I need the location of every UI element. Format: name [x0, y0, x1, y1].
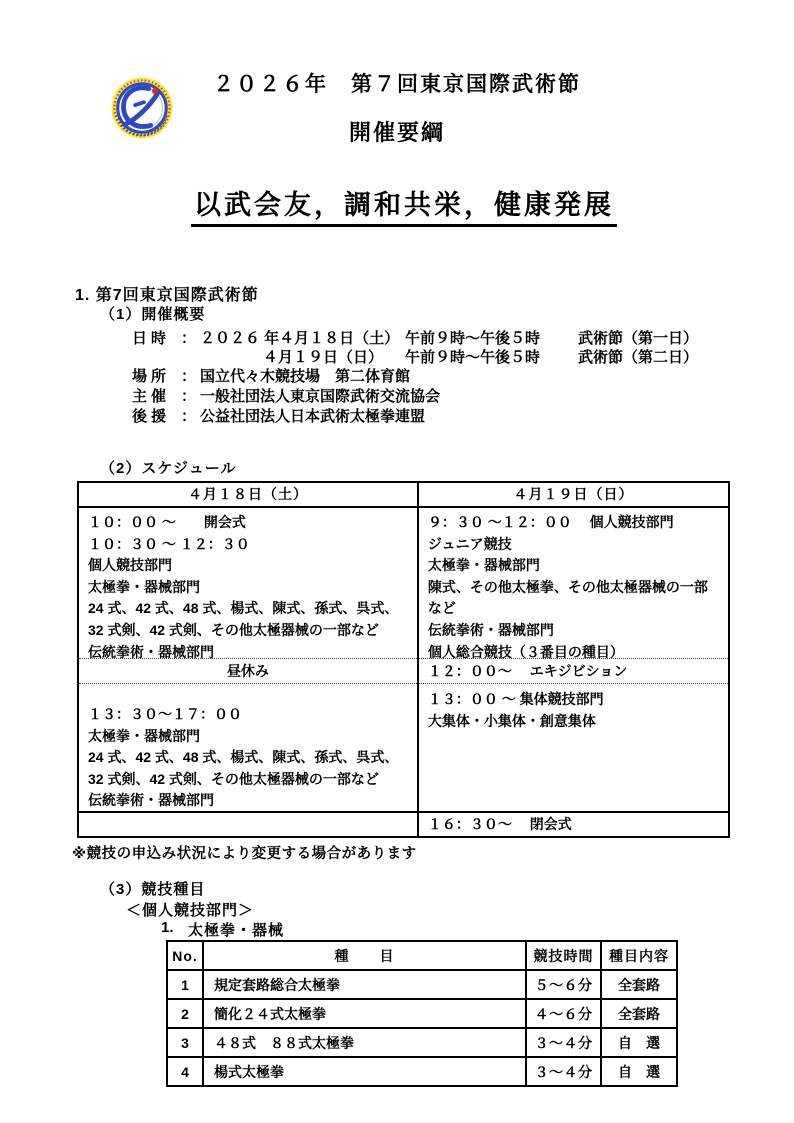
organizer-label: 主催 — [132, 385, 170, 406]
row-time: ３～４分 — [526, 1057, 601, 1086]
row-name: ４８式 ８８式太極拳 — [203, 1028, 526, 1057]
day1-header: ４月１８日（土） — [79, 483, 417, 508]
day2-morning-cell: ９：３０ ～１２：００ 個人競技部門 ジュニア競技 太極拳・器械部門 陳式、その… — [419, 508, 728, 658]
events-item-title: 太極拳・器械 — [188, 919, 284, 940]
page-title: ２０２６年 第７回東京国際武術節 — [0, 68, 794, 98]
col-header-content: 種目内容 — [601, 941, 677, 970]
support-value: 公益社団法人日本武術太極拳連盟 — [200, 405, 425, 426]
day2-afternoon-cell: １３：００ ～ 集体競技部門 大集体・小集体・創意集体 — [419, 684, 728, 811]
datetime-colon: ： — [181, 327, 196, 348]
day1-morning-line: 個人競技部門 — [88, 555, 412, 577]
row-time: ３～４分 — [526, 1028, 601, 1057]
datetime-time-day2: 午前９時～午後５時 — [405, 346, 540, 367]
row-no: 4 — [167, 1057, 203, 1086]
day1-afternoon-line: １３：３０～１７：００ — [88, 704, 412, 726]
datetime-time-day1: 午前９時～午後５時 — [405, 327, 540, 348]
col-header-no: No. — [167, 941, 203, 970]
place-value: 国立代々木競技場 第二体育館 — [200, 365, 410, 386]
row-no: 3 — [167, 1028, 203, 1057]
day2-afternoon-line: １３：００ ～ 集体競技部門 — [428, 689, 723, 711]
row-content: 自 選 — [601, 1028, 677, 1057]
table-row: 4 楊式太極拳 ３～４分 自 選 — [167, 1057, 677, 1086]
row-no: 2 — [167, 999, 203, 1028]
day2-closing-cell: １６：３０～ 閉会式 — [419, 811, 728, 836]
day1-morning-line: 32 式剣、42 式剣、その他太極器械の一部など — [88, 620, 412, 642]
section1-heading: 1. 第7回東京国際武術節 — [75, 282, 259, 305]
day2-morning-line: ジュニア競技 — [428, 534, 723, 556]
table-row: 2 簡化２４式太極拳 ４～６分 全套路 — [167, 999, 677, 1028]
events-heading: （3）競技種目 — [100, 878, 205, 899]
table-row: 1 規定套路総合太極拳 ５～６分 全套路 — [167, 970, 677, 999]
day1-afternoon-line: 32 式剣、42 式剣、その他太極器械の一部など — [88, 769, 412, 791]
day1-evening-cell — [79, 811, 417, 836]
col-header-event: 種 目 — [203, 941, 526, 970]
day2-header: ４月１９日（日） — [419, 483, 728, 508]
col-header-time: 競技時間 — [526, 941, 601, 970]
logo-calligraphy-tick — [135, 102, 144, 105]
day1-morning-line: 24 式、42 式、48 式、楊式、陳式、孫式、呉式、 — [88, 598, 412, 620]
day1-morning-line: １０：３０ ～ １２：３０ — [88, 534, 412, 556]
datetime-label: 日時 — [132, 327, 170, 348]
day1-morning-line: １０：００ ～ 開会式 — [88, 512, 412, 534]
day2-morning-line: 太極拳・器械部門 — [428, 555, 723, 577]
day2-morning-line: など — [428, 598, 723, 620]
slogan-text: 以武会友，調和共栄，健康発展 — [191, 183, 617, 227]
schedule-column-day1: ４月１８日（土） １０：００ ～ 開会式 １０：３０ ～ １２：３０ 個人競技部… — [79, 483, 419, 836]
day2-morning-line: 伝統拳術・器械部門 — [428, 620, 723, 642]
day1-afternoon-line: 太極拳・器械部門 — [88, 726, 412, 748]
schedule-note: ※競技の申込み状況により変更する場合があります — [72, 842, 417, 863]
support-colon: ： — [181, 405, 196, 426]
row-content: 全套路 — [601, 999, 677, 1028]
events-item-number: 1. — [161, 919, 174, 936]
day2-exhibition-cell: １２：００～ エキジビション — [419, 658, 728, 684]
row-name: 簡化２４式太極拳 — [203, 999, 526, 1028]
row-content: 自 選 — [601, 1057, 677, 1086]
row-no: 1 — [167, 970, 203, 999]
datetime-fest-day2: 武術節（第二日） — [578, 346, 698, 367]
day2-morning-line: ９：３０ ～１２：００ 個人競技部門 — [428, 512, 723, 534]
datetime-date-day2: ４月１９日（日） — [263, 346, 383, 367]
day1-afternoon-cell: １３：３０～１７：００ 太極拳・器械部門 24 式、42 式、48 式、楊式、陳… — [79, 684, 417, 811]
day1-morning-line: 太極拳・器械部門 — [88, 577, 412, 599]
slogan-row: 以武会友，調和共栄，健康発展 — [0, 183, 794, 227]
organizer-colon: ： — [181, 385, 196, 406]
day1-morning-cell: １０：００ ～ 開会式 １０：３０ ～ １２：３０ 個人競技部門 太極拳・器械部… — [79, 508, 417, 658]
place-colon: ： — [181, 365, 196, 386]
events-header-row: No. 種 目 競技時間 種目内容 — [167, 941, 677, 970]
overview-heading: （1）開催概要 — [100, 303, 205, 324]
events-subheading: ＜個人競技部門＞ — [126, 899, 254, 920]
support-label: 後援 — [132, 405, 170, 426]
row-time: ４～６分 — [526, 999, 601, 1028]
organizer-value: 一般社団法人東京国際武術交流協会 — [200, 385, 440, 406]
table-row: 3 ４８式 ８８式太極拳 ３～４分 自 選 — [167, 1028, 677, 1057]
schedule-column-day2: ４月１９日（日） ９：３０ ～１２：００ 個人競技部門 ジュニア競技 太極拳・器… — [419, 483, 728, 836]
day2-afternoon-line: 大集体・小集体・創意集体 — [428, 711, 723, 733]
schedule-table: ４月１８日（土） １０：００ ～ 開会式 １０：３０ ～ １２：３０ 個人競技部… — [77, 481, 730, 838]
datetime-date-day1: ２０２６ 年４月１８日（土） — [200, 327, 399, 348]
document-page: ２０２６年 第７回東京国際武術節 開催要綱 以武会友，調和共栄，健康発展 1. … — [0, 0, 794, 1123]
schedule-heading: （2）スケジュール — [100, 457, 236, 478]
row-time: ５～６分 — [526, 970, 601, 999]
datetime-fest-day1: 武術節（第一日） — [578, 327, 698, 348]
events-table: No. 種 目 競技時間 種目内容 1 規定套路総合太極拳 ５～６分 全套路 2… — [166, 940, 678, 1087]
row-content: 全套路 — [601, 970, 677, 999]
day1-afternoon-line: 24 式、42 式、48 式、楊式、陳式、孫式、呉式、 — [88, 747, 412, 769]
place-label: 場所 — [132, 365, 170, 386]
day1-afternoon-line: 伝統拳術・器械部門 — [88, 790, 412, 812]
day2-morning-line: 陳式、その他太極拳、その他太極器械の一部 — [428, 577, 723, 599]
row-name: 規定套路総合太極拳 — [203, 970, 526, 999]
page-subtitle: 開催要綱 — [0, 116, 794, 147]
row-name: 楊式太極拳 — [203, 1057, 526, 1086]
